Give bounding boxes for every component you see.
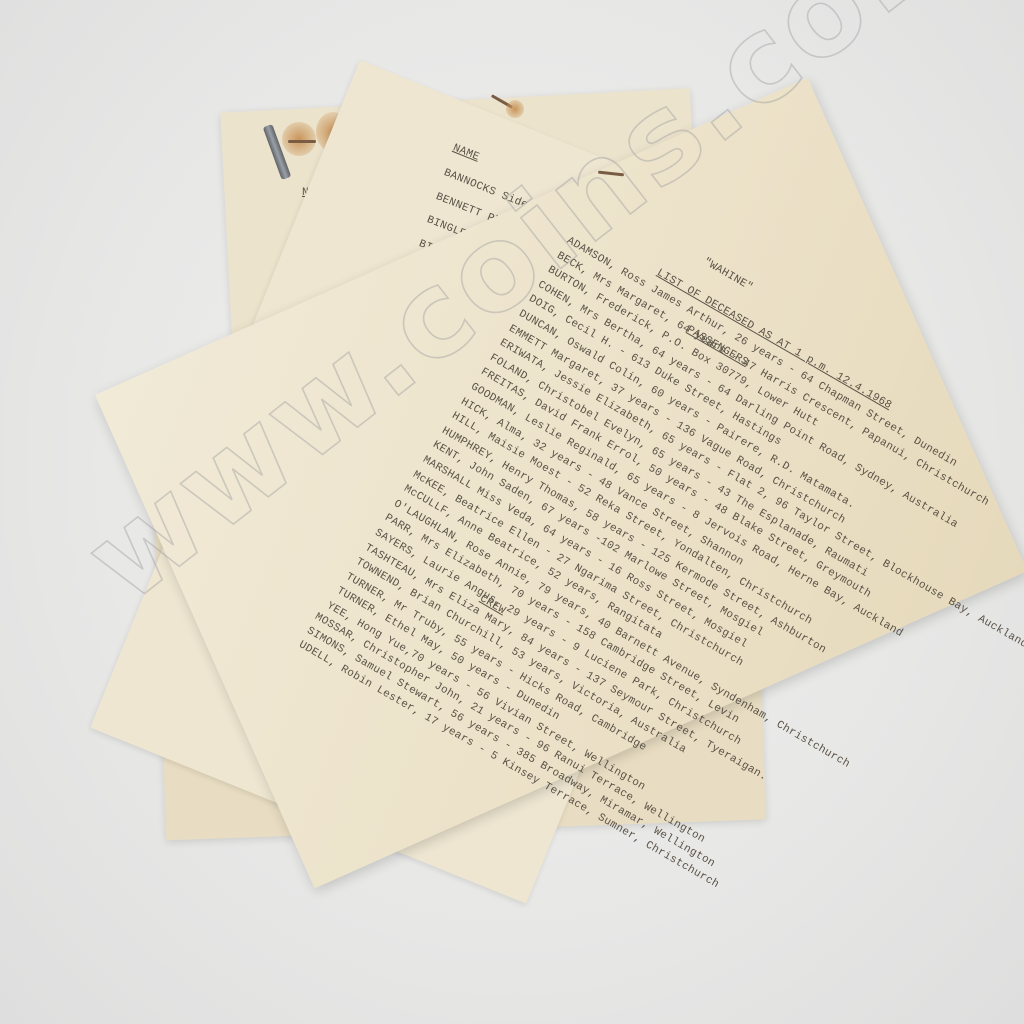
- rust-stain: [506, 100, 524, 118]
- rust-stain: [282, 122, 316, 156]
- staple-icon: [288, 140, 316, 143]
